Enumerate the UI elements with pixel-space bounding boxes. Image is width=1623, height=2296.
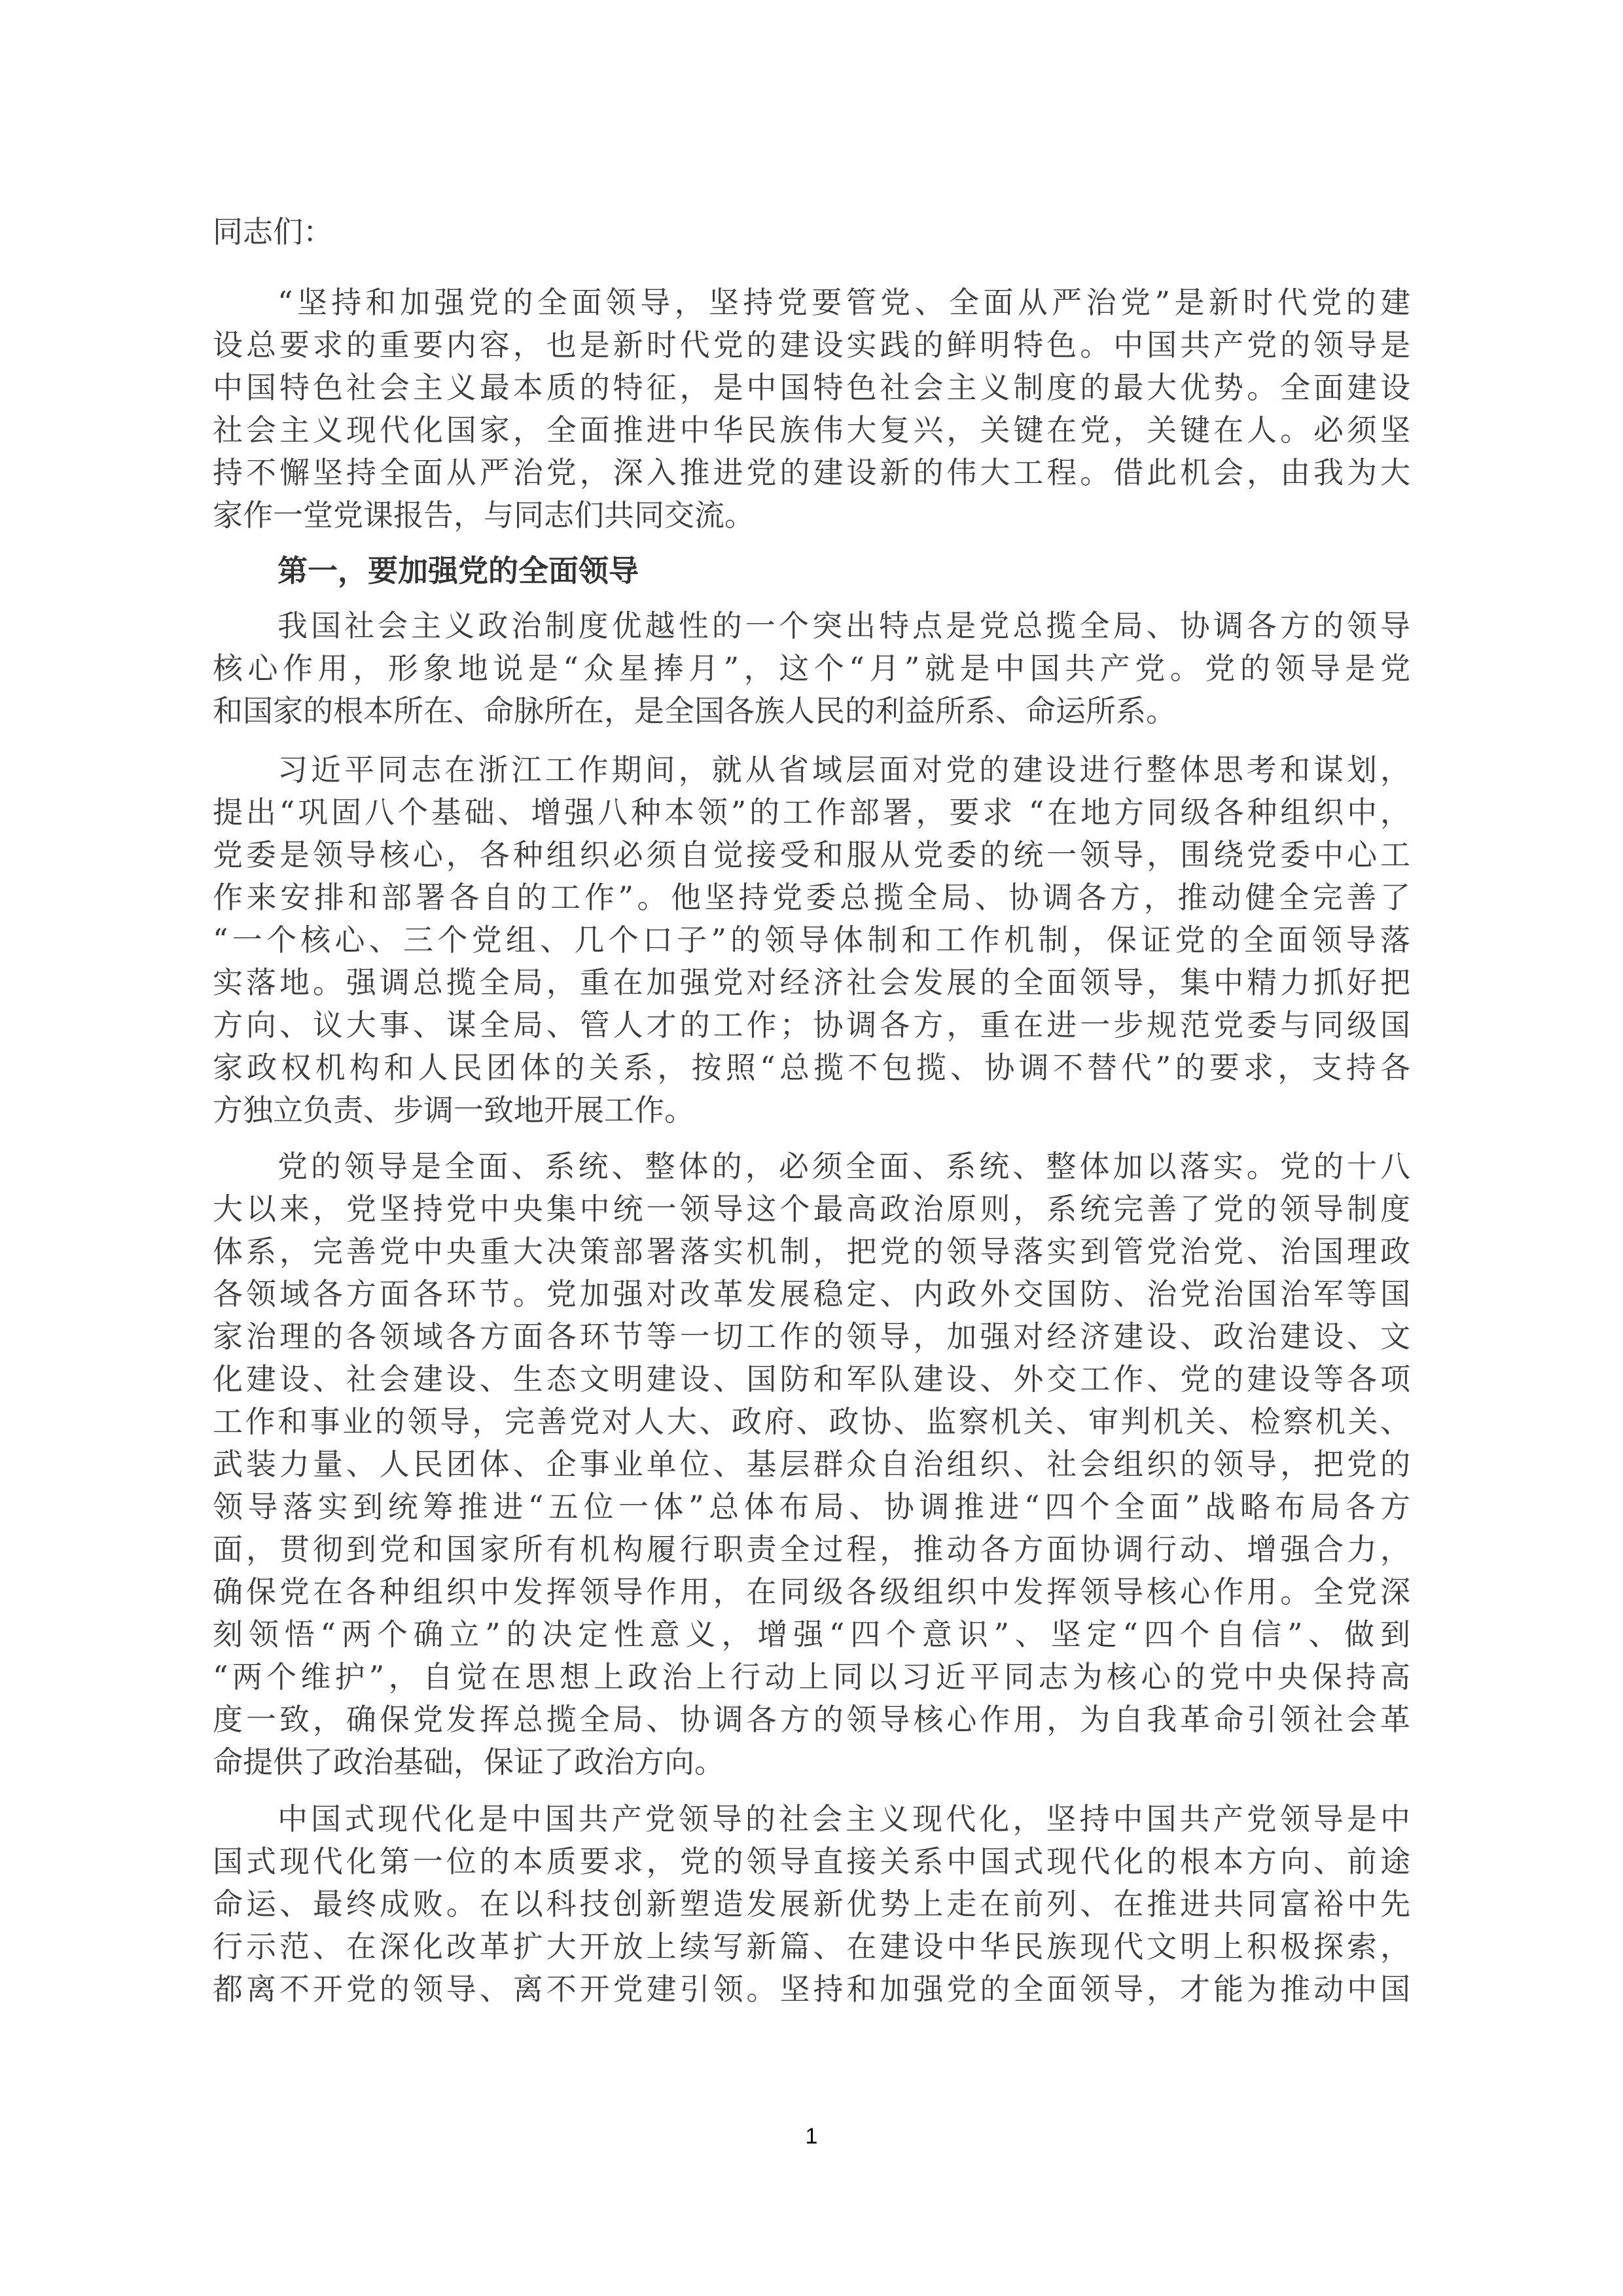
paragraph-line: 方独立负责、步调一致地开展工作。 <box>213 1089 1410 1132</box>
paragraph-line: 作来安排和部署各自的工作”。他坚持党委总揽全局、协调各方，推动健全完善了 <box>213 876 1410 919</box>
paragraph-line: 度一致，确保党发挥总揽全局、协调各方的领导核心作用，为自我革命引领社会革 <box>213 1698 1410 1741</box>
salutation: 同志们： <box>213 211 1410 253</box>
paragraph-line: 大以来，党坚持党中央集中统一领导这个最高政治原则，系统完善了党的领导制度 <box>213 1188 1410 1230</box>
paragraph-line: “坚持和加强党的全面领导，坚持党要管党、全面从严治党”是新时代党的建 <box>277 281 1410 324</box>
paragraph-line: 命运、最终成败。在以科技创新塑造发展新优势上走在前列、在推进共同富裕中先 <box>213 1883 1410 1926</box>
page-number: 1 <box>785 2124 838 2149</box>
paragraph-line: 体系，完善党中央重大决策部署落实机制，把党的领导落实到管党治党、治国理政 <box>213 1230 1410 1273</box>
paragraph-line: 党委是领导核心，各种组织必须自觉接受和服从党委的统一领导，围绕党委中心工 <box>213 834 1410 876</box>
paragraph-line: 方向、议大事、谋全局、管人才的工作；协调各方，重在进一步规范党委与同级国 <box>213 1004 1410 1047</box>
paragraph-line: 刻领悟“两个确立”的决定性意义，增强“四个意识”、坚定“四个自信”、做到 <box>213 1613 1410 1656</box>
paragraph-line: 中国特色社会主义最本质的特征，是中国特色社会主义制度的最大优势。全面建设 <box>213 367 1410 409</box>
paragraph-line: 设总要求的重要内容，也是新时代党的建设实践的鲜明特色。中国共产党的领导是 <box>213 324 1410 367</box>
paragraph-line: 家作一堂党课报告，与同志们共同交流。 <box>213 494 1410 537</box>
paragraph-line: 武装力量、人民团体、企事业单位、基层群众自治组织、社会组织的领导，把党的 <box>213 1443 1410 1486</box>
paragraph-line: 实落地。强调总揽全局，重在加强党对经济社会发展的全面领导，集中精力抓好把 <box>213 961 1410 1004</box>
paragraph-line: 命提供了政治基础，保证了政治方向。 <box>213 1741 1410 1784</box>
paragraph-line: 和国家的根本所在、命脉所在，是全国各族人民的利益所系、命运所系。 <box>213 690 1410 732</box>
paragraph-line: “一个核心、三个党组、几个口子”的领导体制和工作机制，保证党的全面领导落 <box>213 919 1410 961</box>
document-page: 同志们： “坚持和加强党的全面领导，坚持党要管党、全面从严治党”是新时代党的建 … <box>0 0 1623 2296</box>
paragraph-line: 工作和事业的领导，完善党对人大、政府、政协、监察机关、审判机关、检察机关、 <box>213 1401 1410 1443</box>
paragraph-line: 都离不开党的领导、离不开党建引领。坚持和加强党的全面领导，才能为推动中国 <box>213 1968 1410 2011</box>
paragraph-line: “两个维护”，自觉在思想上政治上行动上同以习近平同志为核心的党中央保持高 <box>213 1656 1410 1698</box>
paragraph-line: 我国社会主义政治制度优越性的一个突出特点是党总揽全局、协调各方的领导 <box>277 605 1410 647</box>
paragraph-line: 行示范、在深化改革扩大开放上续写新篇、在建设中华民族现代文明上积极探索， <box>213 1926 1410 1968</box>
paragraph-line: 核心作用，形象地说是“众星捧月”，这个“月”就是中国共产党。党的领导是党 <box>213 647 1410 690</box>
paragraph-line: 党的领导是全面、系统、整体的，必须全面、系统、整体加以落实。党的十八 <box>277 1145 1410 1188</box>
paragraph-line: 持不懈坚持全面从严治党，深入推进党的建设新的伟大工程。借此机会，由我为大 <box>213 452 1410 494</box>
paragraph-line: 提出“巩固八个基础、增强八种本领”的工作部署，要求 “在地方同级各种组织中， <box>213 791 1410 834</box>
paragraph-line: 家治理的各领域各方面各环节等一切工作的领导，加强对经济建设、政治建设、文 <box>213 1316 1410 1358</box>
paragraph-line: 确保党在各种组织中发挥领导作用，在同级各级组织中发挥领导核心作用。全党深 <box>213 1571 1410 1613</box>
paragraph-line: 各领域各方面各环节。党加强对改革发展稳定、内政外交国防、治党治国治军等国 <box>213 1273 1410 1316</box>
paragraph-line: 习近平同志在浙江工作期间，就从省域层面对党的建设进行整体思考和谋划， <box>277 749 1410 791</box>
paragraph-line: 领导落实到统筹推进“五位一体”总体布局、协调推进“四个全面”战略布局各方 <box>213 1486 1410 1528</box>
paragraph-line: 家政权机构和人民团体的关系，按照“总揽不包揽、协调不替代”的要求，支持各 <box>213 1047 1410 1089</box>
paragraph-line: 国式现代化第一位的本质要求，党的领导直接关系中国式现代化的根本方向、前途 <box>213 1840 1410 1883</box>
paragraph-line: 中国式现代化是中国共产党领导的社会主义现代化，坚持中国共产党领导是中 <box>277 1798 1410 1840</box>
paragraph-line: 化建设、社会建设、生态文明建设、国防和军队建设、外交工作、党的建设等各项 <box>213 1358 1410 1401</box>
paragraph-line: 社会主义现代化国家，全面推进中华民族伟大复兴，关键在党，关键在人。必须坚 <box>213 409 1410 452</box>
section-heading: 第一，要加强党的全面领导 <box>277 550 1410 592</box>
paragraph-line: 面，贯彻到党和国家所有机构履行职责全过程，推动各方面协调行动、增强合力， <box>213 1528 1410 1571</box>
